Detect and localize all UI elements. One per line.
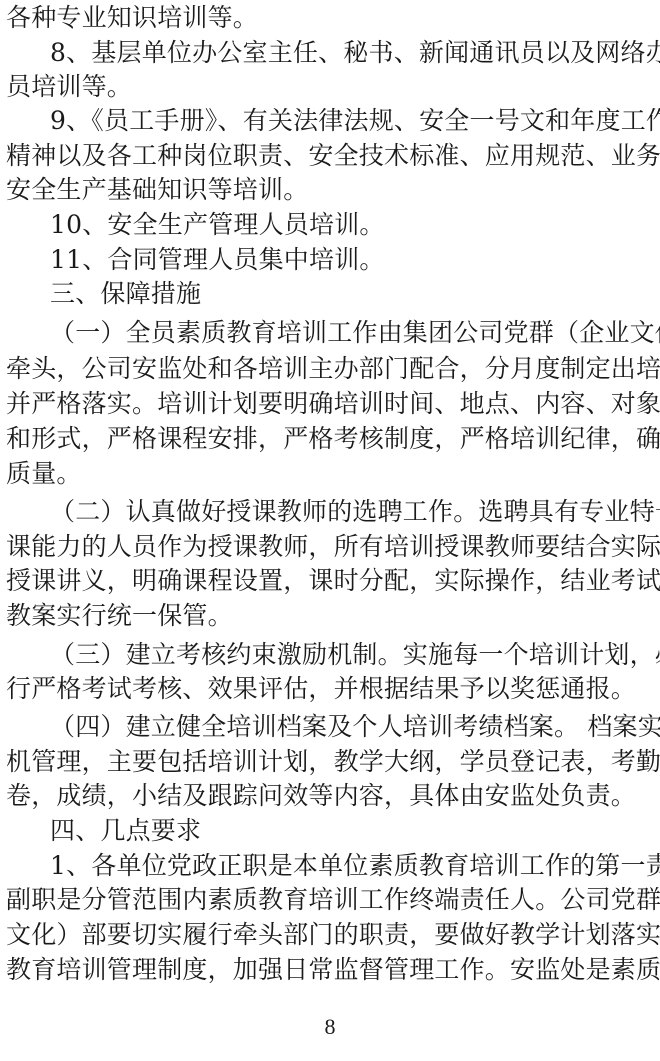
text-line: （四）建立健全培训档案及个人培训考绩档案。 档案实行微 (50, 712, 654, 742)
page-number: 8 (0, 1012, 660, 1042)
text-line: 教案实行统一保管。 (6, 601, 654, 631)
text-line: 员培训等。 (6, 72, 654, 102)
text-line: 副职是分管范围内素质教育培训工作终端责任人。公司党群（企业 (6, 885, 654, 915)
text-line: 11、合同管理人员集中培训。 (50, 245, 654, 275)
text-line: 牵头，公司安监处和各培训主办部门配合，分月度制定出培训计划 (6, 354, 654, 384)
text-line: 并严格落实。培训计划要明确培训时间、地点、内容、对象、人数 (6, 389, 654, 419)
text-line: 授课讲义，明确课程设置，课时分配，实际操作，结业考试等项目， (6, 566, 654, 596)
text-line: 1、各单位党政正职是本单位素质教育培训工作的第一责任人， (50, 851, 654, 881)
text-line: 和形式，严格课程安排，严格考核制度，严格培训纪律，确保培训 (6, 424, 654, 454)
text-line: 机管理，主要包括培训计划，教学大纲，学员登记表，考勤表，试 (6, 747, 654, 777)
text-line: （二）认真做好授课教师的选聘工作。选聘具有专业特长和授 (50, 497, 654, 527)
text-line: 精神以及各工种岗位职责、安全技术标准、应用规范、业务技能、 (6, 141, 654, 171)
text-line: 课能力的人员作为授课教师，所有培训授课教师要结合实际，编写 (6, 532, 654, 562)
text-line: 9、《员工手册》、有关法律法规、安全一号文和年度工作会议 (50, 106, 654, 136)
text-line: 卷，成绩，小结及跟踪问效等内容，具体由安监处负责。 (6, 781, 654, 811)
text-line: 10、安全生产管理人员培训。 (50, 210, 654, 240)
text-line: 各种专业知识培训等。 (6, 3, 654, 33)
text-line: 教育培训管理制度，加强日常监督管理工作。安监处是素质教育培 (6, 955, 654, 985)
text-line: 三、保障措施 (50, 279, 654, 309)
text-line: 四、几点要求 (50, 816, 654, 846)
text-line: （三）建立考核约束激励机制。实施每一个培训计划，必须进 (50, 640, 654, 670)
text-line: 质量。 (6, 459, 654, 489)
document-page: 各种专业知识培训等。8、基层单位办公室主任、秘书、新闻通讯员以及网络办公人员培训… (0, 0, 660, 1061)
text-line: 文化）部要切实履行牵头部门的职责，要做好教学计划落实，完善 (6, 920, 654, 950)
text-line: 行严格考试考核、效果评估，并根据结果予以奖惩通报。 (6, 674, 654, 704)
text-line: 8、基层单位办公室主任、秘书、新闻通讯员以及网络办公人 (50, 38, 654, 68)
text-line: （一）全员素质教育培训工作由集团公司党群（企业文化）部 (50, 318, 654, 348)
text-line: 安全生产基础知识等培训。 (6, 175, 654, 205)
